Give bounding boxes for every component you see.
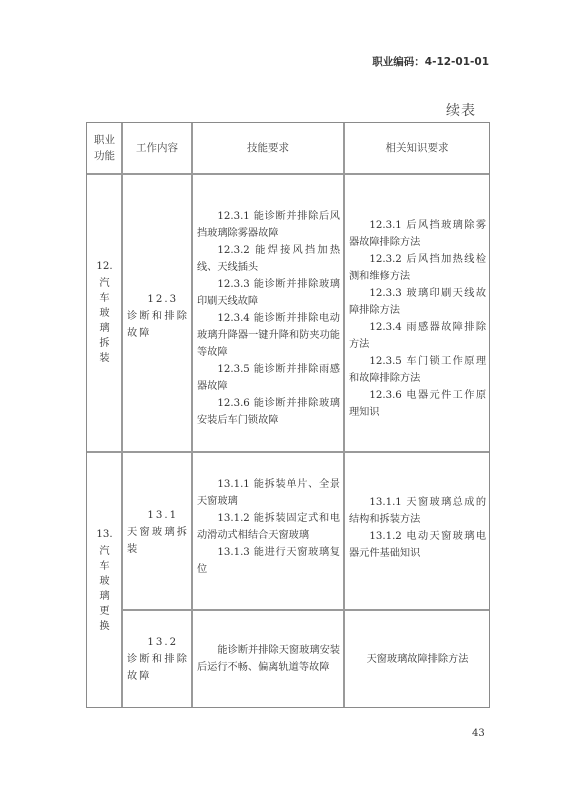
skills-12-3: 12.3.1 能诊断并排除后风挡玻璃除雾器故障 12.3.2 能焊接风挡加热线、… <box>197 174 340 451</box>
knowledge-item: 12.3.1 后风挡玻璃除雾器故障排除方法 <box>349 217 486 251</box>
skill-item: 12.3.5 能诊断并排除雨感器故障 <box>197 361 340 395</box>
function-char: 更 <box>99 604 109 619</box>
continued-table-label: 续表 <box>446 100 476 120</box>
skill-item: 12.3.3 能诊断并排除玻璃印刷天线故障 <box>197 276 340 310</box>
function-char: 车 <box>99 291 109 306</box>
work-content-13-1: 13.1 天窗玻璃拆装 <box>127 453 189 609</box>
col-divider-3 <box>343 123 345 707</box>
knowledge-item: 13.1.1 天窗玻璃总成的结构和拆装方法 <box>349 494 486 528</box>
function-char: 璃 <box>99 589 109 604</box>
standards-table: 职业 功能 工作内容 技能要求 相关知识要求 12. 汽 车 玻 璃 拆 装 1… <box>86 122 490 708</box>
skills-13-1: 13.1.1 能拆装单片、全景天窗玻璃 13.1.2 能拆装固定式和电动滑动式相… <box>197 453 340 609</box>
function-char: 车 <box>99 559 109 574</box>
header-skills: 技能要求 <box>192 123 344 173</box>
function-char: 璃 <box>99 321 109 336</box>
skill-item: 13.1.3 能进行天窗玻璃复位 <box>197 544 340 578</box>
header-function-line1: 职业 <box>94 132 115 148</box>
function-char: 换 <box>99 619 109 634</box>
knowledge-item: 12.3.4 雨感器故障排除方法 <box>349 319 486 353</box>
knowledge-item: 天窗玻璃故障排除方法 <box>367 651 469 668</box>
knowledge-13-2: 天窗玻璃故障排除方法 <box>349 611 486 707</box>
function-12: 12. 汽 车 玻 璃 拆 装 <box>87 174 122 451</box>
header-function: 职业 功能 <box>87 123 122 173</box>
skill-item: 能诊断并排除天窗玻璃安装后运行不畅、偏离轨道等故障 <box>197 642 340 676</box>
knowledge-item: 12.3.2 后风挡加热线检测和维修方法 <box>349 251 486 285</box>
page-number: 43 <box>472 728 485 739</box>
work-content-12-3: 12.3 诊断和排除故障 <box>127 174 189 451</box>
knowledge-item: 13.1.2 电动天窗玻璃电器元件基础知识 <box>349 528 486 562</box>
skill-item: 12.3.1 能诊断并排除后风挡玻璃除雾器故障 <box>197 208 340 242</box>
function-char: 装 <box>99 351 109 366</box>
skills-13-2: 能诊断并排除天窗玻璃安装后运行不畅、偏离轨道等故障 <box>197 611 340 707</box>
knowledge-item: 12.3.3 玻璃印刷天线故障排除方法 <box>349 285 486 319</box>
function-13: 13. 汽 车 玻 璃 更 换 <box>87 453 122 707</box>
function-char: 玻 <box>99 306 109 321</box>
work-content-text: 13.2 诊断和排除故障 <box>127 634 189 685</box>
function-number: 12. <box>96 259 112 274</box>
skill-item: 13.1.1 能拆装单片、全景天窗玻璃 <box>197 476 340 510</box>
occupation-code: 职业编码：4-12-01-01 <box>372 54 489 69</box>
skill-item: 13.1.2 能拆装固定式和电动滑动式相结合天窗玻璃 <box>197 510 340 544</box>
function-number: 13. <box>96 527 112 542</box>
knowledge-item: 12.3.5 车门锁工作原理和故障排除方法 <box>349 353 486 387</box>
knowledge-item: 12.3.6 电器元件工作原理知识 <box>349 387 486 421</box>
work-content-text: 12.3 诊断和排除故障 <box>127 291 189 342</box>
knowledge-12-3: 12.3.1 后风挡玻璃除雾器故障排除方法 12.3.2 后风挡加热线检测和维修… <box>349 174 486 451</box>
header-work-content: 工作内容 <box>122 123 192 173</box>
skill-item: 12.3.4 能诊断并排除电动玻璃升降器一键升降和防夹功能等故障 <box>197 310 340 361</box>
function-char: 玻 <box>99 574 109 589</box>
header-function-line2: 功能 <box>94 148 115 164</box>
header-knowledge: 相关知识要求 <box>344 123 490 173</box>
function-char: 汽 <box>99 544 109 559</box>
work-content-text: 13.1 天窗玻璃拆装 <box>127 507 189 558</box>
col-divider-2 <box>191 123 193 707</box>
function-char: 拆 <box>99 336 109 351</box>
skill-item: 12.3.6 能诊断并排除玻璃安装后车门锁故障 <box>197 395 340 429</box>
skill-item: 12.3.2 能焊接风挡加热线、天线插头 <box>197 242 340 276</box>
work-content-13-2: 13.2 诊断和排除故障 <box>127 611 189 707</box>
function-char: 汽 <box>99 276 109 291</box>
knowledge-13-1: 13.1.1 天窗玻璃总成的结构和拆装方法 13.1.2 电动天窗玻璃电器元件基… <box>349 453 486 609</box>
